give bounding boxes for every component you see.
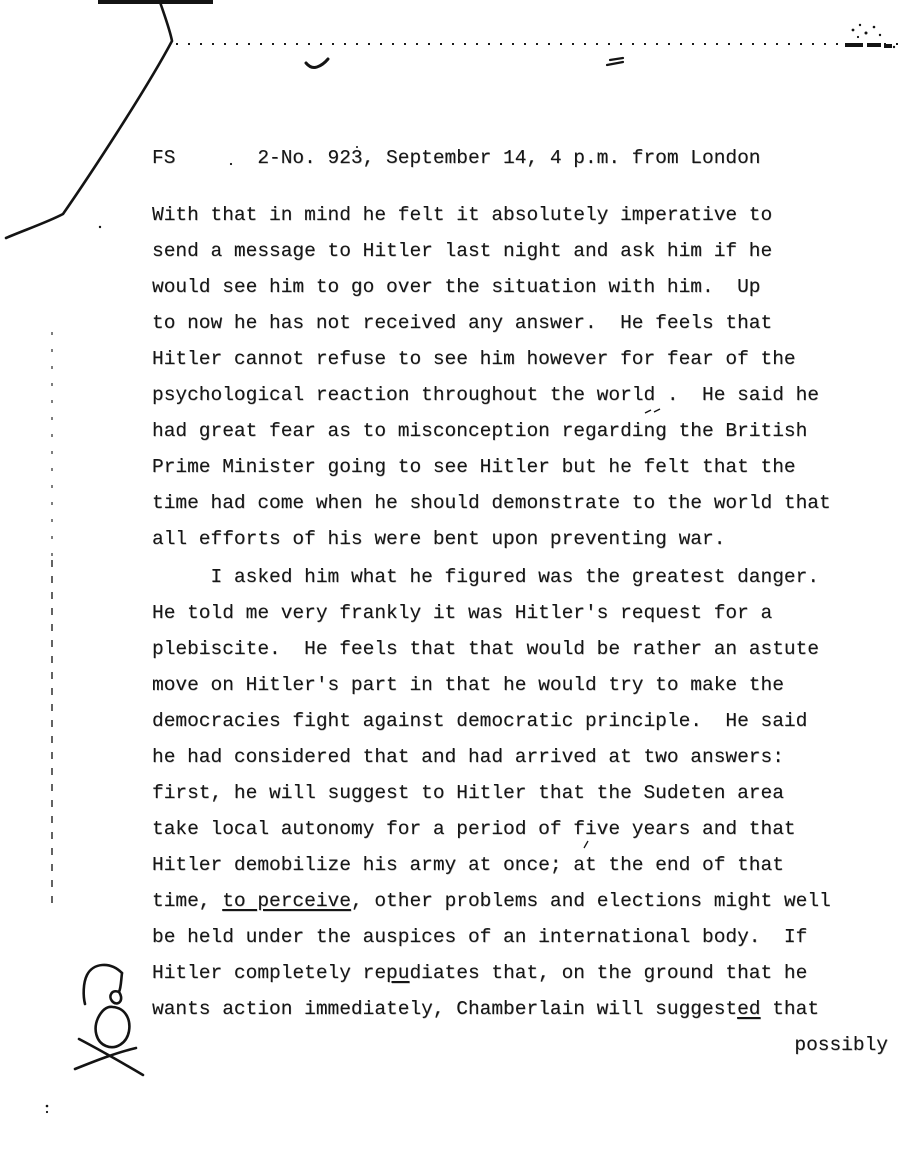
typed-text-line: all efforts of his were bent upon preven…: [152, 521, 892, 557]
typed-text-line: Prime Minister going to see Hitler but h…: [152, 449, 892, 485]
typed-text-line: democracies fight against democratic pri…: [152, 703, 892, 739]
check-swoosh-icon: [306, 59, 328, 68]
document-page: FS 2-No. 923, September 14, 4 p.m. from …: [0, 0, 900, 1166]
paragraph-1: With that in mind he felt it absolutely …: [152, 197, 892, 557]
typed-text-line: time had come when he should demonstrate…: [152, 485, 892, 521]
underlined-text: to perceive: [222, 890, 351, 912]
paragraph-2: I asked him what he figured was the grea…: [152, 559, 892, 1027]
typed-text-line: wants action immediately, Chamberlain wi…: [152, 991, 892, 1027]
typed-text-line: Hitler cannot refuse to see him however …: [152, 341, 892, 377]
typed-text-line: plebiscite. He feels that that would be …: [152, 631, 892, 667]
diagonal-pen-stroke-icon: [6, 2, 172, 238]
smudge-top-right: [845, 24, 895, 48]
typed-text-line: time, to perceive, other problems and el…: [152, 883, 892, 919]
typed-text-line: I asked him what he figured was the grea…: [152, 559, 892, 595]
underlined-text: pu: [386, 962, 409, 984]
typed-text-line: move on Hitler's part in that he would t…: [152, 667, 892, 703]
typed-text-line: first, he will suggest to Hitler that th…: [152, 775, 892, 811]
typed-text-line: Hitler completely repudiates that, on th…: [152, 955, 892, 991]
typed-text-line: had great fear as to misconception regar…: [152, 413, 892, 449]
typed-text-line: He told me very frankly it was Hitler's …: [152, 595, 892, 631]
dispatch-header: FS 2-No. 923, September 14, 4 p.m. from …: [152, 140, 892, 176]
typed-text-line: psychological reaction throughout the wo…: [152, 377, 892, 413]
underlined-text: ed: [737, 998, 760, 1020]
typed-text-line: to now he has not received any answer. H…: [152, 305, 892, 341]
typed-text-line: send a message to Hitler last night and …: [152, 233, 892, 269]
typed-text-line: With that in mind he felt it absolutely …: [152, 197, 892, 233]
typed-text-line: he had considered that and had arrived a…: [152, 739, 892, 775]
scribble-signature-icon: [75, 965, 143, 1075]
typed-text-line: take local autonomy for a period of five…: [152, 811, 892, 847]
catchword: possibly: [152, 1027, 888, 1063]
typed-text-line: Hitler demobilize his army at once; at t…: [152, 847, 892, 883]
typed-text-line: would see him to go over the situation w…: [152, 269, 892, 305]
typed-text-line: be held under the auspices of an interna…: [152, 919, 892, 955]
double-dash-icon: [607, 58, 623, 65]
